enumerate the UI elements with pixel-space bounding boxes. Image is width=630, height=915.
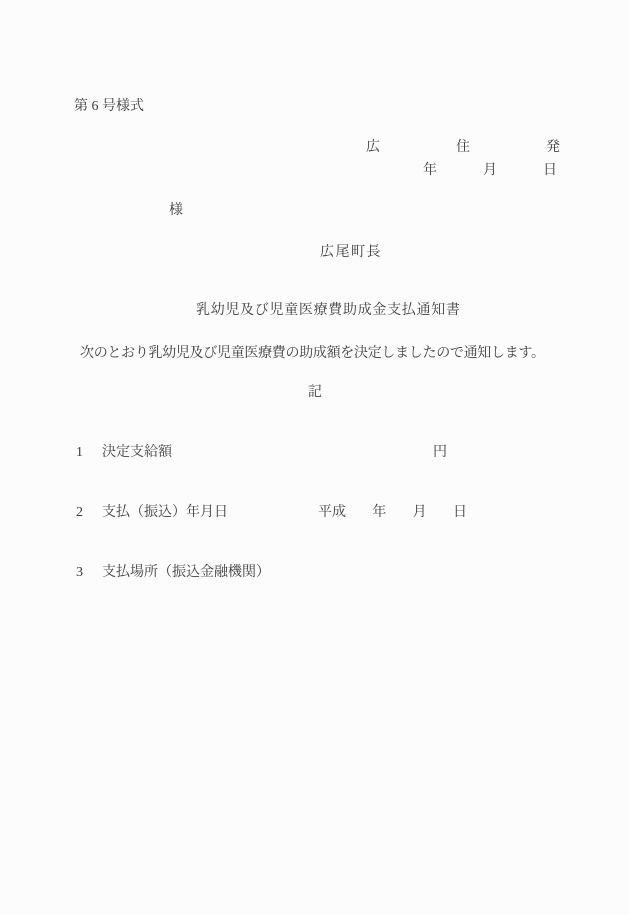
amount-unit-label: 円 (433, 445, 447, 461)
form-number: 第 6 号様式 (74, 99, 144, 115)
record-marker: 記 (308, 385, 322, 401)
document-title: 乳幼児及び児童医療費助成金支払通知書 (196, 303, 461, 319)
item-number: 3 (76, 565, 102, 581)
list-item-2: 2 支払（振込）年月日 (76, 505, 228, 521)
doc-ref-line: 広 住 発 (366, 140, 560, 156)
body-text: 次のとおり乳幼児及び児童医療費の助成額を決定しましたので通知します。 (80, 346, 545, 362)
date-unit: 日 (453, 505, 467, 521)
list-item-1: 1 決定支給額 (76, 445, 172, 461)
date-unit: 日 (543, 163, 557, 179)
ref-char: 広 (366, 140, 380, 156)
ref-char: 発 (546, 140, 560, 156)
addressee-honorific: 様 (169, 203, 183, 219)
item-label: 支払（振込）年月日 (102, 505, 228, 521)
payment-date-line: 平成 年 月 日 (318, 505, 467, 521)
list-item-3: 3 支払場所（振込金融機関） (76, 565, 270, 581)
era-label: 平成 (318, 505, 346, 521)
item-label: 支払場所（振込金融機関） (102, 565, 270, 581)
date-unit: 月 (483, 163, 497, 179)
ref-char: 住 (456, 140, 470, 156)
item-number: 2 (76, 505, 102, 521)
item-label: 決定支給額 (102, 445, 172, 461)
sender-name: 広尾町長 (320, 245, 382, 261)
item-number: 1 (76, 445, 102, 461)
date-unit: 年 (423, 163, 437, 179)
date-unit: 月 (413, 505, 427, 521)
date-unit: 年 (372, 505, 386, 521)
document-page: 第 6 号様式 広 住 発 年 月 日 様 広尾町長 乳幼児及び児童医療費助成金… (0, 0, 630, 915)
issue-date-line: 年 月 日 (423, 163, 557, 179)
